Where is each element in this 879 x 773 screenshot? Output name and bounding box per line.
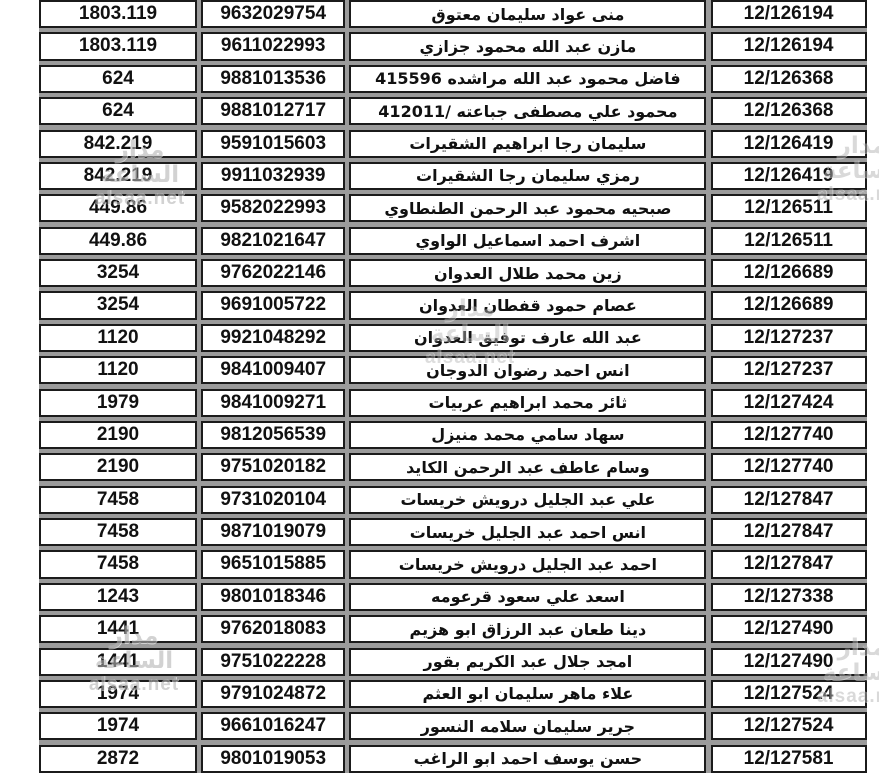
case-number-cell: 12/127740 [711, 453, 867, 481]
case-number-cell: 12/126368 [711, 65, 867, 93]
row-divider-stub [39, 607, 41, 611]
national-number-cell: 9921048292 [201, 324, 345, 352]
national-number-cell: 9762018083 [201, 615, 345, 643]
national-number-cell: 9881012717 [201, 97, 345, 125]
case-number-cell: 12/126689 [711, 291, 867, 319]
amount-cell: 449.86 [39, 227, 197, 255]
amount-cell: 2190 [39, 453, 197, 481]
name-cell: عصام حمود قفطان العدوان [349, 291, 706, 319]
row-divider-stub [39, 283, 41, 287]
amount-cell: 1803.119 [39, 0, 197, 28]
row-divider-stub [39, 575, 41, 579]
case-number-cell: 12/127524 [711, 712, 867, 740]
name-cell: دينا طعان عبد الرزاق ابو هزيم [349, 615, 706, 643]
amount-cell: 1974 [39, 680, 197, 708]
amount-cell: 3254 [39, 291, 197, 319]
amount-cell: 7458 [39, 518, 197, 546]
name-cell: ثائر محمد ابراهيم عربيات [349, 389, 706, 417]
amount-cell: 1441 [39, 648, 197, 676]
row-divider-stub [39, 89, 41, 93]
national-number-cell: 9632029754 [201, 0, 345, 28]
row-divider-stub [39, 672, 41, 676]
case-number-cell: 12/126689 [711, 259, 867, 287]
row-divider-stub [39, 316, 41, 320]
name-cell: سهاد سامي محمد منيزل [349, 421, 706, 449]
name-cell: وسام عاطف عبد الرحمن الكايد [349, 453, 706, 481]
row-divider-stub [39, 380, 41, 384]
case-number-cell: 12/126419 [711, 130, 867, 158]
amount-cell: 1120 [39, 324, 197, 352]
name-cell: محمود علي مصطفى جباعته /412011 [349, 97, 706, 125]
name-cell: امجد جلال عبد الكريم بقور [349, 648, 706, 676]
row-divider-stub [39, 413, 41, 417]
national-number-cell: 9881013536 [201, 65, 345, 93]
national-number-cell: 9791024872 [201, 680, 345, 708]
name-cell: مازن عبد الله محمود جزازي [349, 32, 706, 60]
row-divider-stub [39, 186, 41, 190]
amount-cell: 1441 [39, 615, 197, 643]
name-cell: سليمان رجا ابراهيم الشقيرات [349, 130, 706, 158]
row-divider-stub [39, 24, 41, 28]
case-number-cell: 12/126194 [711, 0, 867, 28]
amount-cell: 624 [39, 97, 197, 125]
national-number-cell: 9651015885 [201, 550, 345, 578]
name-cell: صبحيه محمود عبد الرحمن الطنطاوي [349, 194, 706, 222]
amount-cell: 1243 [39, 583, 197, 611]
national-number-cell: 9812056539 [201, 421, 345, 449]
name-cell: انس احمد عبد الجليل خريسات [349, 518, 706, 546]
amount-cell: 1974 [39, 712, 197, 740]
row-divider-stub [39, 154, 41, 158]
name-cell: جرير سليمان سلامه النسور [349, 712, 706, 740]
amount-cell: 1979 [39, 389, 197, 417]
national-number-cell: 9841009407 [201, 356, 345, 384]
row-divider-stub [39, 510, 41, 514]
national-number-cell: 9751022228 [201, 648, 345, 676]
case-number-cell: 12/127740 [711, 421, 867, 449]
row-divider-stub [39, 121, 41, 125]
name-cell: احمد عبد الجليل درويش خريسات [349, 550, 706, 578]
national-number-cell: 9762022146 [201, 259, 345, 287]
case-number-cell: 12/126511 [711, 227, 867, 255]
case-number-cell: 12/127338 [711, 583, 867, 611]
amount-cell: 449.86 [39, 194, 197, 222]
case-number-cell: 12/127847 [711, 518, 867, 546]
amount-cell: 2190 [39, 421, 197, 449]
national-number-cell: 9582022993 [201, 194, 345, 222]
name-cell: حسن يوسف احمد ابو الراغب [349, 745, 706, 773]
national-number-cell: 9731020104 [201, 486, 345, 514]
national-number-cell: 9871019079 [201, 518, 345, 546]
case-number-cell: 12/127524 [711, 680, 867, 708]
row-divider-stub [39, 348, 41, 352]
amount-cell: 842.219 [39, 162, 197, 190]
national-number-cell: 9801018346 [201, 583, 345, 611]
amount-cell: 7458 [39, 550, 197, 578]
case-number-cell: 12/126194 [711, 32, 867, 60]
national-number-cell: 9801019053 [201, 745, 345, 773]
amount-cell: 7458 [39, 486, 197, 514]
row-divider-stub [39, 218, 41, 222]
case-number-cell: 12/127847 [711, 486, 867, 514]
name-cell: منى عواد سليمان معتوق [349, 0, 706, 28]
row-divider-stub [39, 251, 41, 255]
name-cell: علي عبد الجليل درويش خريسات [349, 486, 706, 514]
name-cell: زين محمد طلال العدوان [349, 259, 706, 287]
name-cell: رمزي سليمان رجا الشقيرات [349, 162, 706, 190]
name-cell: فاضل محمود عبد الله مراشده 415596 [349, 65, 706, 93]
name-cell: انس احمد رضوان الدوجان [349, 356, 706, 384]
case-number-cell: 12/127490 [711, 615, 867, 643]
row-divider-stub [39, 477, 41, 481]
case-number-cell: 12/127847 [711, 550, 867, 578]
case-number-cell: 12/126368 [711, 97, 867, 125]
name-cell: اسعد علي سعود قرعومه [349, 583, 706, 611]
name-cell: اشرف احمد اسماعيل الواوي [349, 227, 706, 255]
amount-cell: 1120 [39, 356, 197, 384]
case-number-cell: 12/127237 [711, 324, 867, 352]
row-divider-stub [39, 736, 41, 740]
national-number-cell: 9591015603 [201, 130, 345, 158]
national-number-cell: 9611022993 [201, 32, 345, 60]
amount-cell: 842.219 [39, 130, 197, 158]
amount-cell: 2872 [39, 745, 197, 773]
national-number-cell: 9841009271 [201, 389, 345, 417]
national-number-cell: 9821021647 [201, 227, 345, 255]
national-number-cell: 9661016247 [201, 712, 345, 740]
amount-cell: 1803.119 [39, 32, 197, 60]
amount-cell: 624 [39, 65, 197, 93]
row-divider-stub [39, 639, 41, 643]
case-number-cell: 12/127581 [711, 745, 867, 773]
row-divider-stub [39, 57, 41, 61]
row-divider-stub [39, 704, 41, 708]
case-number-cell: 12/127424 [711, 389, 867, 417]
row-divider-stub [39, 542, 41, 546]
case-number-cell: 12/126419 [711, 162, 867, 190]
name-cell: علاء ماهر سليمان ابو العثم [349, 680, 706, 708]
national-number-cell: 9911032939 [201, 162, 345, 190]
name-cell: عبد الله عارف توفيق العدوان [349, 324, 706, 352]
case-number-cell: 12/127237 [711, 356, 867, 384]
records-table: 1803.119 9632029754 منى عواد سليمان معتو… [39, 0, 867, 773]
case-number-cell: 12/127490 [711, 648, 867, 676]
amount-cell: 3254 [39, 259, 197, 287]
document-page: 1803.119 9632029754 منى عواد سليمان معتو… [0, 0, 879, 773]
case-number-cell: 12/126511 [711, 194, 867, 222]
row-divider-stub [39, 445, 41, 449]
national-number-cell: 9691005722 [201, 291, 345, 319]
national-number-cell: 9751020182 [201, 453, 345, 481]
